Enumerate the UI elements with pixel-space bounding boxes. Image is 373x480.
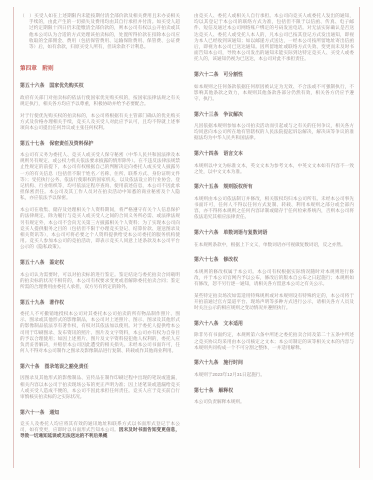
article-64: 第六十四条 语言文本 本规则以中文为标准文本，英文文本为参考文本，中英文文本如有…: [194, 152, 354, 175]
page-left-rule: [13, 7, 14, 468]
article-heading: 第六十八条 文本适用: [194, 322, 354, 328]
article-heading: 第六十二条 可分割性: [194, 73, 354, 79]
article-heading: 第七十条 解释权: [194, 389, 354, 395]
article-paragraph: 凡因依据本规则参加本公司拍卖活动而引起或与之有关的任何争议，相关各方均同意向本公…: [194, 123, 354, 142]
article-paragraph: 政府有关部门对拍卖标的依法行使国家优先购买权的，按国家法律法规之有关规定执行，相…: [20, 95, 180, 107]
article-69: 第六十九条 施行时间 本规则于2023年12月31日起施行。: [194, 361, 354, 378]
article-paragraph: 竞买人及委托人均应将其有效的通讯地址和联系方式以书面形式登记于本公司，如有变更，…: [20, 421, 180, 440]
article-heading: 第五十七条 保密责任及资料保护: [20, 142, 180, 148]
article-paragraph: 本规则由本公司依法制订并修改，相关版权均归本公司所有。未经本公司事先书面许可，任…: [194, 196, 354, 221]
article-heading: 第六十条 图录笔误之豁免责任: [20, 365, 180, 371]
article-heading: 第六十五条 规则版权所有: [194, 185, 354, 191]
page-right-rule: [359, 7, 360, 468]
article-65: 第六十五条 规则版权所有 本规则由本公司依法制订并修改，相关版权均归本公司所有。…: [194, 185, 354, 220]
article-70: 第七十条 解释权 本公司负责解释本规则。: [194, 389, 354, 406]
article-paragraph: 委托人不可撤销地授权本公司对其委托本公司拍卖的所有物品制作照片、图示、图录或其他…: [20, 311, 180, 354]
article-heading: 第六十六条 单数词语与复数词语: [194, 231, 354, 237]
article-heading: 第六十四条 语言文本: [194, 152, 354, 158]
article-61: 第六十一条 通知 竞买人及委托人均应将其有效的通讯地址和联系方式以书面形式登记于…: [20, 411, 180, 440]
article-heading: 第六十一条 通知: [20, 411, 180, 417]
article-heading: 第五十六条 国家优先购买权: [20, 84, 180, 90]
article-paragraph: 本规则于2023年12月31日起施行。: [194, 372, 354, 378]
article-heading: 第五十八条 鉴定权: [20, 261, 180, 267]
article-heading: 第六十九条 施行时间: [194, 361, 354, 367]
continuation-paragraph: 由竞买人、委托人或相关人自行承担。本公司向竞买人或委托人发出的通知，均以其登记于…: [194, 13, 354, 63]
column-right: 由竞买人、委托人或相关人自行承担。本公司向竞买人或委托人发出的通知，均以其登记于…: [194, 13, 354, 445]
continuation-paragraph: （ ）买受人如在上述期限内未能按期付清全部价款及相关费用且未办妥相关手续的，由此…: [20, 13, 180, 50]
article-67: 第六十七条 修改权 本规则的修改权属于本公司。本公司有权根据实际情况随时对本规则…: [194, 258, 354, 311]
article-58: 第五十八条 鉴定权 本公司认为需要时，可以对拍卖标的进行鉴定。鉴定结论与委托拍卖…: [20, 261, 180, 290]
article-paragraph: 因图录及其他形式的影像制品、宣传品在制作印刷过程中出现的笔误或遗漏，相关内容以本…: [20, 375, 180, 400]
article-paragraph: 本公司负责解释本规则。: [194, 399, 354, 405]
two-column-layout: （ ）买受人如在上述期限内未能按期付清全部价款及相关费用且未办妥相关手续的，由此…: [20, 13, 354, 445]
article-heading: 第六十三条 争议解决: [194, 113, 354, 119]
article-paragraph: 本公司认为需要时，可以对拍卖标的进行鉴定。鉴定结论与委托拍卖合同载明的拍卖标的状…: [20, 272, 180, 291]
article-62: 第六十二条 可分割性 如本规则之任何条款依据任何原因被认定为无效、不合法或不可强…: [194, 73, 354, 102]
article-60: 第六十条 图录笔误之豁免责任 因图录及其他形式的影像制品、宣传品在制作印刷过程中…: [20, 365, 180, 400]
article-paragraph: 本公司在收集、储存及处理相关个人资料期间，将严格遵守有关个人信息保护的法律规定。…: [20, 207, 180, 250]
article-63: 第六十三条 争议解决 凡因依据本规则参加本公司拍卖活动而引起或与之有关的任何争议…: [194, 113, 354, 142]
article-57: 第五十七条 保密责任及资料保护 本公司有义务为委托人、竞买人或买受人保守秘密（中…: [20, 142, 180, 251]
article-paragraph: 在本规则条款中，根据上下文义，单数词语亦可视做复数词语，反之亦然。: [194, 242, 354, 248]
article-59: 第五十九条 著作权 委托人不可撤销地授权本公司对其委托本公司拍卖的所有物品制作照…: [20, 301, 180, 355]
article-paragraph: 对于行使优先购买权的拍卖标的，本公司将根据有关主管部门确认的优先购买方式及价格办…: [20, 113, 180, 132]
article-66: 第六十六条 单数词语与复数词语 在本规则条款中，根据上下文义，单数词语亦可视做复…: [194, 231, 354, 248]
article-paragraph: 某些特定拍卖场次如需适用特殊规则或对本规则设有特殊约定的，本公司将于开拍前通过官…: [194, 293, 354, 312]
article-paragraph: 如本规则之任何条款依据任何原因被认定为无效、不合法或不可强制执行，不影响其他条款…: [194, 84, 354, 103]
article-56: 第五十六条 国家优先购买权 政府有关部门对拍卖标的依法行使国家优先购买权的，按国…: [20, 84, 180, 131]
article-heading: 第六十七条 修改权: [194, 258, 354, 264]
column-left: （ ）买受人如在上述期限内未能按期付清全部价款及相关费用且未办妥相关手续的，由此…: [20, 13, 180, 445]
article-heading: 第五十九条 著作权: [20, 301, 180, 307]
article-paragraph: 除非另有书面约定，本规则第六条中所述之委托拍卖合同及第二十五条中所述之竞买协议均…: [194, 332, 354, 351]
chapter-heading: 第四章 附则: [20, 66, 180, 73]
article-paragraph: 本规则以中文为标准文本，英文文本为参考文本，中英文文本如有内容不一致之处，以中文…: [194, 163, 354, 175]
article-paragraph: 本公司有义务为委托人、竞买人或买受人保守秘密（中华人民共和国法律及本规则另有规定…: [20, 152, 180, 202]
article-paragraph: 本规则的修改权属于本公司。本公司有权根据实际情况随时对本规则进行修改，并于本公司…: [194, 269, 354, 288]
article-68: 第六十八条 文本适用 除非另有书面约定，本规则第六条中所述之委托拍卖合同及第二十…: [194, 322, 354, 351]
document-page: （ ）买受人如在上述期限内未能按期付清全部价款及相关费用且未办妥相关手续的，由此…: [0, 0, 373, 480]
